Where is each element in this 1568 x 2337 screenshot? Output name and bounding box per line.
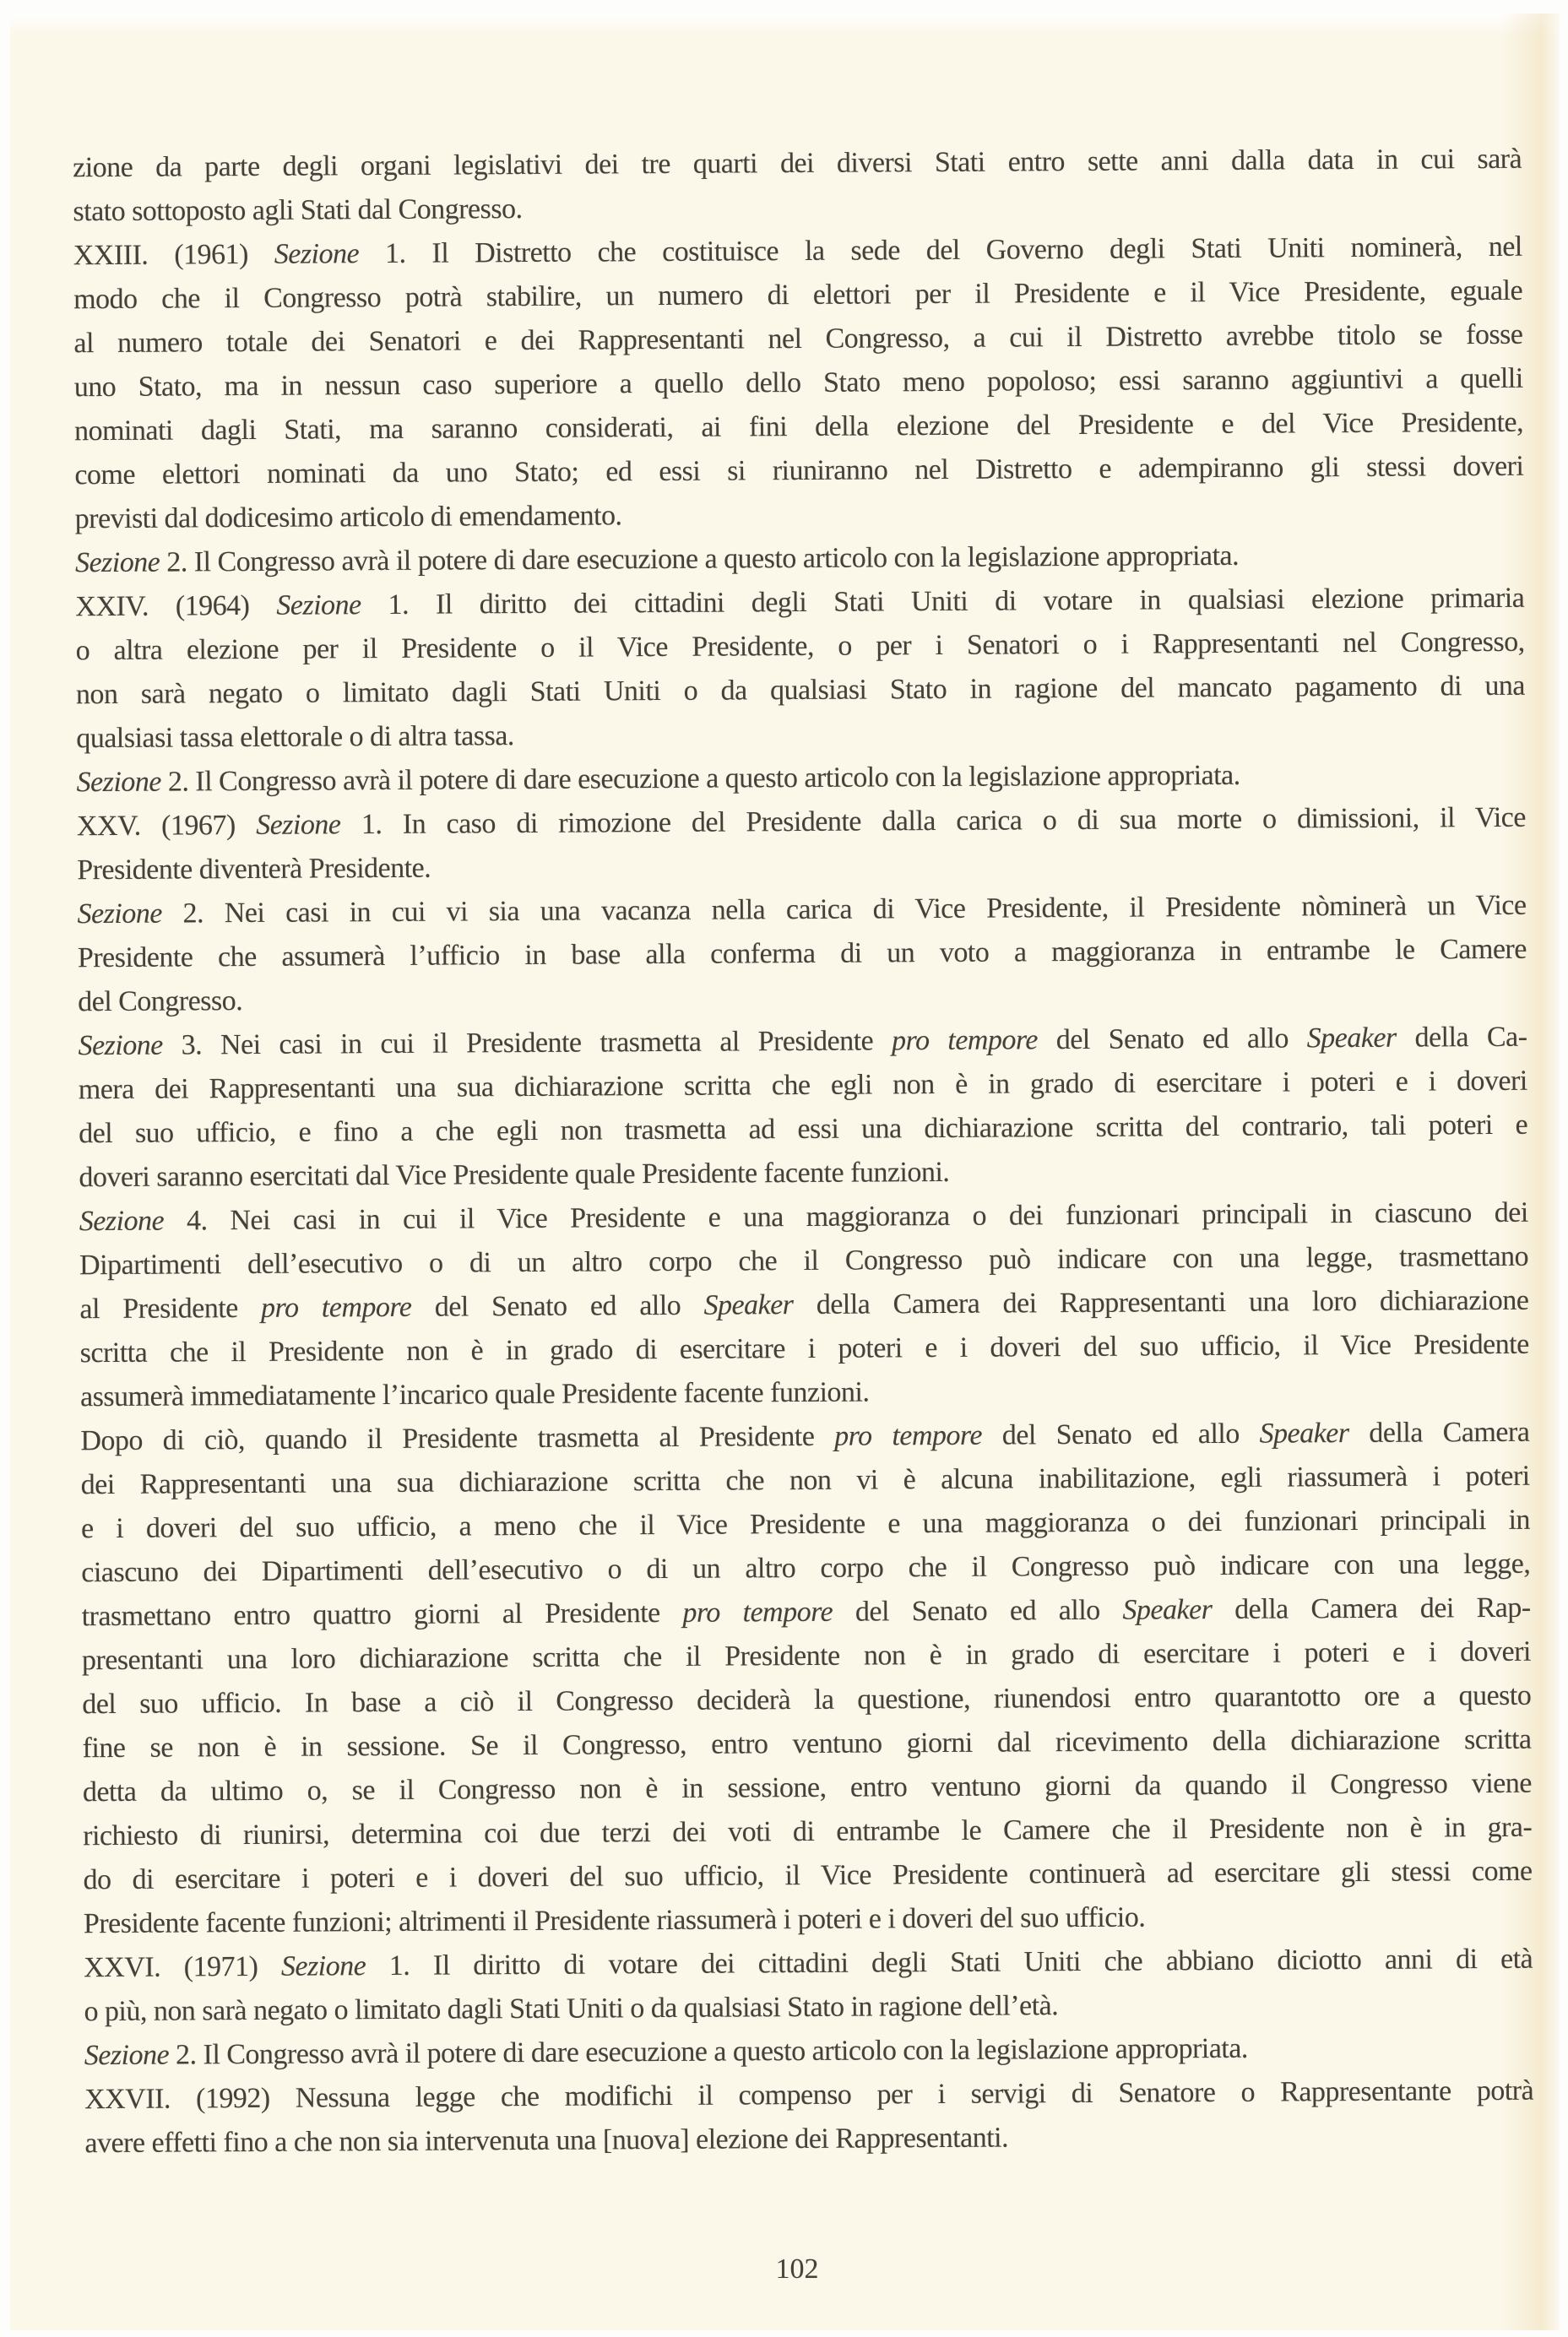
text-line: del suo ufficio, e fino a che egli non t… <box>79 1103 1527 1156</box>
text-line: zione da parte degli organi legislativi … <box>73 138 1522 190</box>
paper-top-fade <box>10 14 1560 35</box>
text-line: XXVI. (1971) Sezione 1. Il diritto di vo… <box>84 1938 1533 1990</box>
text-line: XXVII. (1992) Nessuna legge che modifich… <box>84 2069 1533 2122</box>
text-line: non sarà negato o limitato dagli Stati U… <box>76 664 1525 717</box>
text-line: scritta che il Presidente non è in grado… <box>80 1323 1529 1375</box>
page-text: zione da parte degli organi legislativi … <box>73 138 1534 2166</box>
text-line: XXV. (1967) Sezione 1. In caso di rimozi… <box>77 796 1526 849</box>
text-line: come elettori nominati da uno Stato; ed … <box>74 445 1523 497</box>
page-scan: zione da parte degli organi legislativi … <box>0 0 1568 2337</box>
text-line: do di esercitare i poteri e i doveri del… <box>83 1850 1532 1902</box>
text-line: Presidente che assumerà l’ufficio in bas… <box>78 928 1527 980</box>
page-number: 102 <box>73 2248 1522 2291</box>
text-line: avere effetti fino a che non sia interve… <box>84 2113 1533 2166</box>
